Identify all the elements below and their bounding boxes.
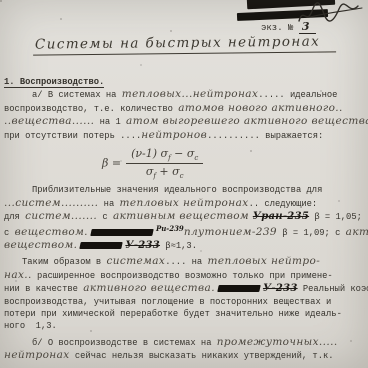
signature-icon — [296, 0, 366, 29]
copy-label: экз. № — [261, 23, 293, 33]
handwritten-text: плутонием-239 — [184, 226, 277, 238]
document-title: Системы на быстрых нейтронах — [33, 32, 336, 53]
formula-subscript: c — [180, 172, 184, 180]
document-title-text: Системы на быстрых нейтронах — [33, 33, 336, 55]
typed-text: .......... выражается: — [207, 131, 323, 141]
typed-text: .. следующие: — [249, 199, 318, 209]
typed-text: воспроизводства, учитывая поглощение в п… — [4, 297, 331, 307]
handwritten-text: нейтронах — [4, 349, 70, 361]
formula-part: − σ — [171, 147, 195, 160]
typed-text: ного 1,3. — [4, 321, 57, 331]
line-a4: при отсутствии потерь ....нейтронов.....… — [4, 129, 366, 142]
struck-word: У-233 — [125, 240, 160, 251]
typed-text: ..... идеальное — [258, 90, 337, 100]
handwritten-text: атом выгоревшего активного вещества.. — [126, 115, 368, 127]
handwritten-text: промежуточных..... — [217, 336, 338, 348]
typed-text: с — [4, 228, 15, 238]
handwritten-text: нейтронов — [141, 129, 207, 141]
section-1-heading: 1. Воспроизводство. — [4, 76, 366, 88]
typed-text: сейчас нельзя высказать никаких утвержде… — [70, 351, 334, 361]
handwritten-text: атомов нового активного.. — [178, 102, 343, 114]
line-t1: Таким образом в системах.... на тепловых… — [4, 255, 366, 268]
typed-text: воспроизводство, т.е. количество — [4, 104, 178, 114]
redaction-bar-inline — [217, 285, 260, 292]
typed-text: β = 1,09; с — [277, 228, 346, 238]
typed-text: Таким образом в — [22, 257, 106, 267]
line-t2: нах.. расширенное воспроизводство возмож… — [4, 269, 366, 282]
line-t3: нии в качестве активного вещества.У-233 … — [4, 282, 366, 295]
handwritten-text: веществом. — [15, 226, 88, 238]
line-t4: воспроизводства, учитывая поглощение в п… — [4, 296, 366, 308]
line-v2: ...систем.......... на тепловых нейтрона… — [4, 197, 366, 210]
line-b2: нейтронах сейчас нельзя высказать никаки… — [4, 349, 366, 362]
typed-text: на — [98, 199, 119, 209]
handwritten-text: ..вещества...... — [4, 115, 94, 127]
formula-fraction: (ν-1) σf − σcσf + σc — [126, 147, 203, 180]
breeding-formula: β =(ν-1) σf − σcσf + σc — [102, 147, 366, 180]
typed-text: а/ В системах на — [32, 90, 122, 100]
paper-speckles — [0, 0, 2, 2]
handwritten-text: систем....... — [25, 210, 97, 222]
document-body: 1. Воспроизводство. а/ В системах на теп… — [4, 76, 366, 363]
typed-text: при отсутствии потерь .... — [4, 131, 141, 141]
formula-part: + σ — [156, 165, 180, 178]
formula-lhs: β = — [102, 157, 121, 170]
line-t5: потери при химической переработке будет … — [4, 308, 366, 320]
line-v1: Приблизительные значения идеального восп… — [4, 184, 366, 196]
line-a3: ..вещества...... на 1 атом выгоревшего а… — [4, 115, 366, 128]
redaction-bar-inline — [80, 242, 123, 249]
line-t6: ного 1,3. — [4, 320, 366, 332]
handwritten-text: ...систем.......... — [4, 197, 98, 209]
typed-text: расширенное воспроизводство возможно тол… — [32, 271, 333, 281]
struck-word: У-233 — [263, 283, 298, 294]
typed-text: б/ О воспроизводстве в системах на — [32, 338, 217, 348]
struck-word: Уран-235 — [253, 211, 309, 222]
handwritten-text: активным — [346, 226, 368, 238]
typed-text: Приблизительные значения идеального восп… — [32, 185, 322, 195]
handwritten-text: активным веществом — [113, 210, 253, 222]
line-b1: б/ О воспроизводстве в системах на проме… — [4, 336, 366, 349]
handwritten-text: тепловых нейтро- — [207, 255, 320, 267]
handwritten-text: тепловых...нейтронах — [122, 88, 259, 100]
typed-text: нии в качестве — [4, 284, 83, 294]
superscript-annotation: Pu-239 — [156, 224, 184, 233]
line-v5: веществом.У-233 β≈1,3. — [4, 239, 366, 252]
document-page: экз. № 3 Системы на быстрых нейтронах 1.… — [0, 0, 368, 368]
typed-text: с — [97, 212, 113, 222]
formula-subscript: c — [194, 154, 198, 162]
redaction-bar-inline — [90, 229, 153, 236]
line-v4: с веществом.Pu-239плутонием-239 β = 1,09… — [4, 224, 366, 239]
typed-text: для — [4, 212, 25, 222]
typed-text: β = 1,05; — [309, 212, 362, 222]
typed-text: на 1 — [94, 117, 126, 127]
typed-text: .... на — [165, 257, 207, 267]
formula-denominator: σf + σc — [126, 164, 203, 180]
handwritten-text: системах — [106, 255, 165, 267]
formula-part: (ν-1) σ — [131, 147, 168, 160]
heading-text: 1. Воспроизводство. — [4, 77, 104, 88]
line-a1: а/ В системах на тепловых...нейтронах...… — [4, 88, 366, 101]
formula-numerator: (ν-1) σf − σc — [126, 147, 203, 164]
line-a2: воспроизводство, т.е. количество атомов … — [4, 102, 366, 115]
handwritten-text: нах.. — [4, 269, 32, 281]
typed-text: потери при химической переработке будет … — [4, 309, 342, 319]
handwritten-text: тепловых нейтронах — [120, 197, 249, 209]
handwritten-text: веществом. — [4, 239, 77, 251]
typed-text: Реальный коэфф. — [298, 284, 368, 294]
line-v3: для систем....... с активным веществом У… — [4, 210, 366, 223]
handwritten-text: активного вещества. — [83, 282, 215, 294]
typed-text: β≈1,3. — [160, 241, 197, 251]
